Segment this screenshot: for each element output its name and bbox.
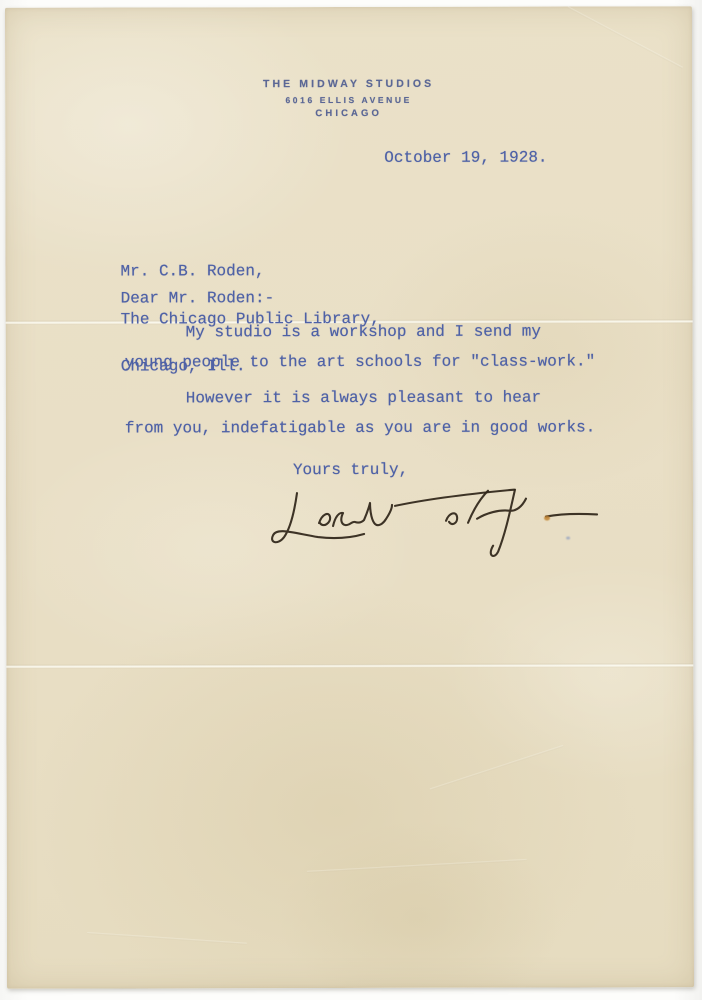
body-line-2: young people to the art schools for "cla… — [125, 353, 596, 370]
salutation: Dear Mr. Roden:- — [121, 290, 275, 306]
letter-paper: THE MIDWAY STUDIOS 6016 ELLIS AVENUE CHI… — [5, 6, 694, 988]
signature-stroke-end-dash — [546, 514, 597, 517]
date-line: October 19, 1928. — [384, 150, 547, 166]
closing: Yours truly, — [293, 462, 408, 478]
signature-stroke-aft — [446, 490, 526, 556]
letterhead-studio-name: THE MIDWAY STUDIOS — [5, 77, 692, 90]
corner-crease — [567, 6, 683, 69]
foxing-spot — [544, 516, 550, 521]
fold-line-lower — [6, 663, 693, 668]
letterhead: THE MIDWAY STUDIOS 6016 ELLIS AVENUE CHI… — [5, 77, 692, 119]
scan-background: THE MIDWAY STUDIOS 6016 ELLIS AVENUE CHI… — [0, 0, 702, 1000]
bottom-crease-2 — [87, 932, 247, 945]
letterhead-street-address: 6016 ELLIS AVENUE — [5, 94, 692, 105]
signature-stroke-orado — [319, 503, 392, 526]
bottom-crease-1 — [307, 859, 527, 873]
recipient-name: Mr. C.B. Roden, — [121, 263, 380, 279]
body-line-1: My studio is a workshop and I send my — [186, 324, 541, 341]
signature-stroke-topbar — [395, 490, 514, 506]
ink-speck — [566, 537, 570, 540]
signature-stroke-L — [272, 493, 364, 542]
signature-lorado-taft — [256, 476, 606, 563]
mid-crease — [430, 745, 564, 790]
letterhead-city: CHICAGO — [5, 107, 692, 119]
recipient-address: Mr. C.B. Roden, The Chicago Public Libra… — [120, 231, 380, 406]
body-line-3: However it is always pleasant to hear — [186, 390, 541, 407]
body-line-4: from you, indefatigable as you are in go… — [125, 419, 596, 436]
